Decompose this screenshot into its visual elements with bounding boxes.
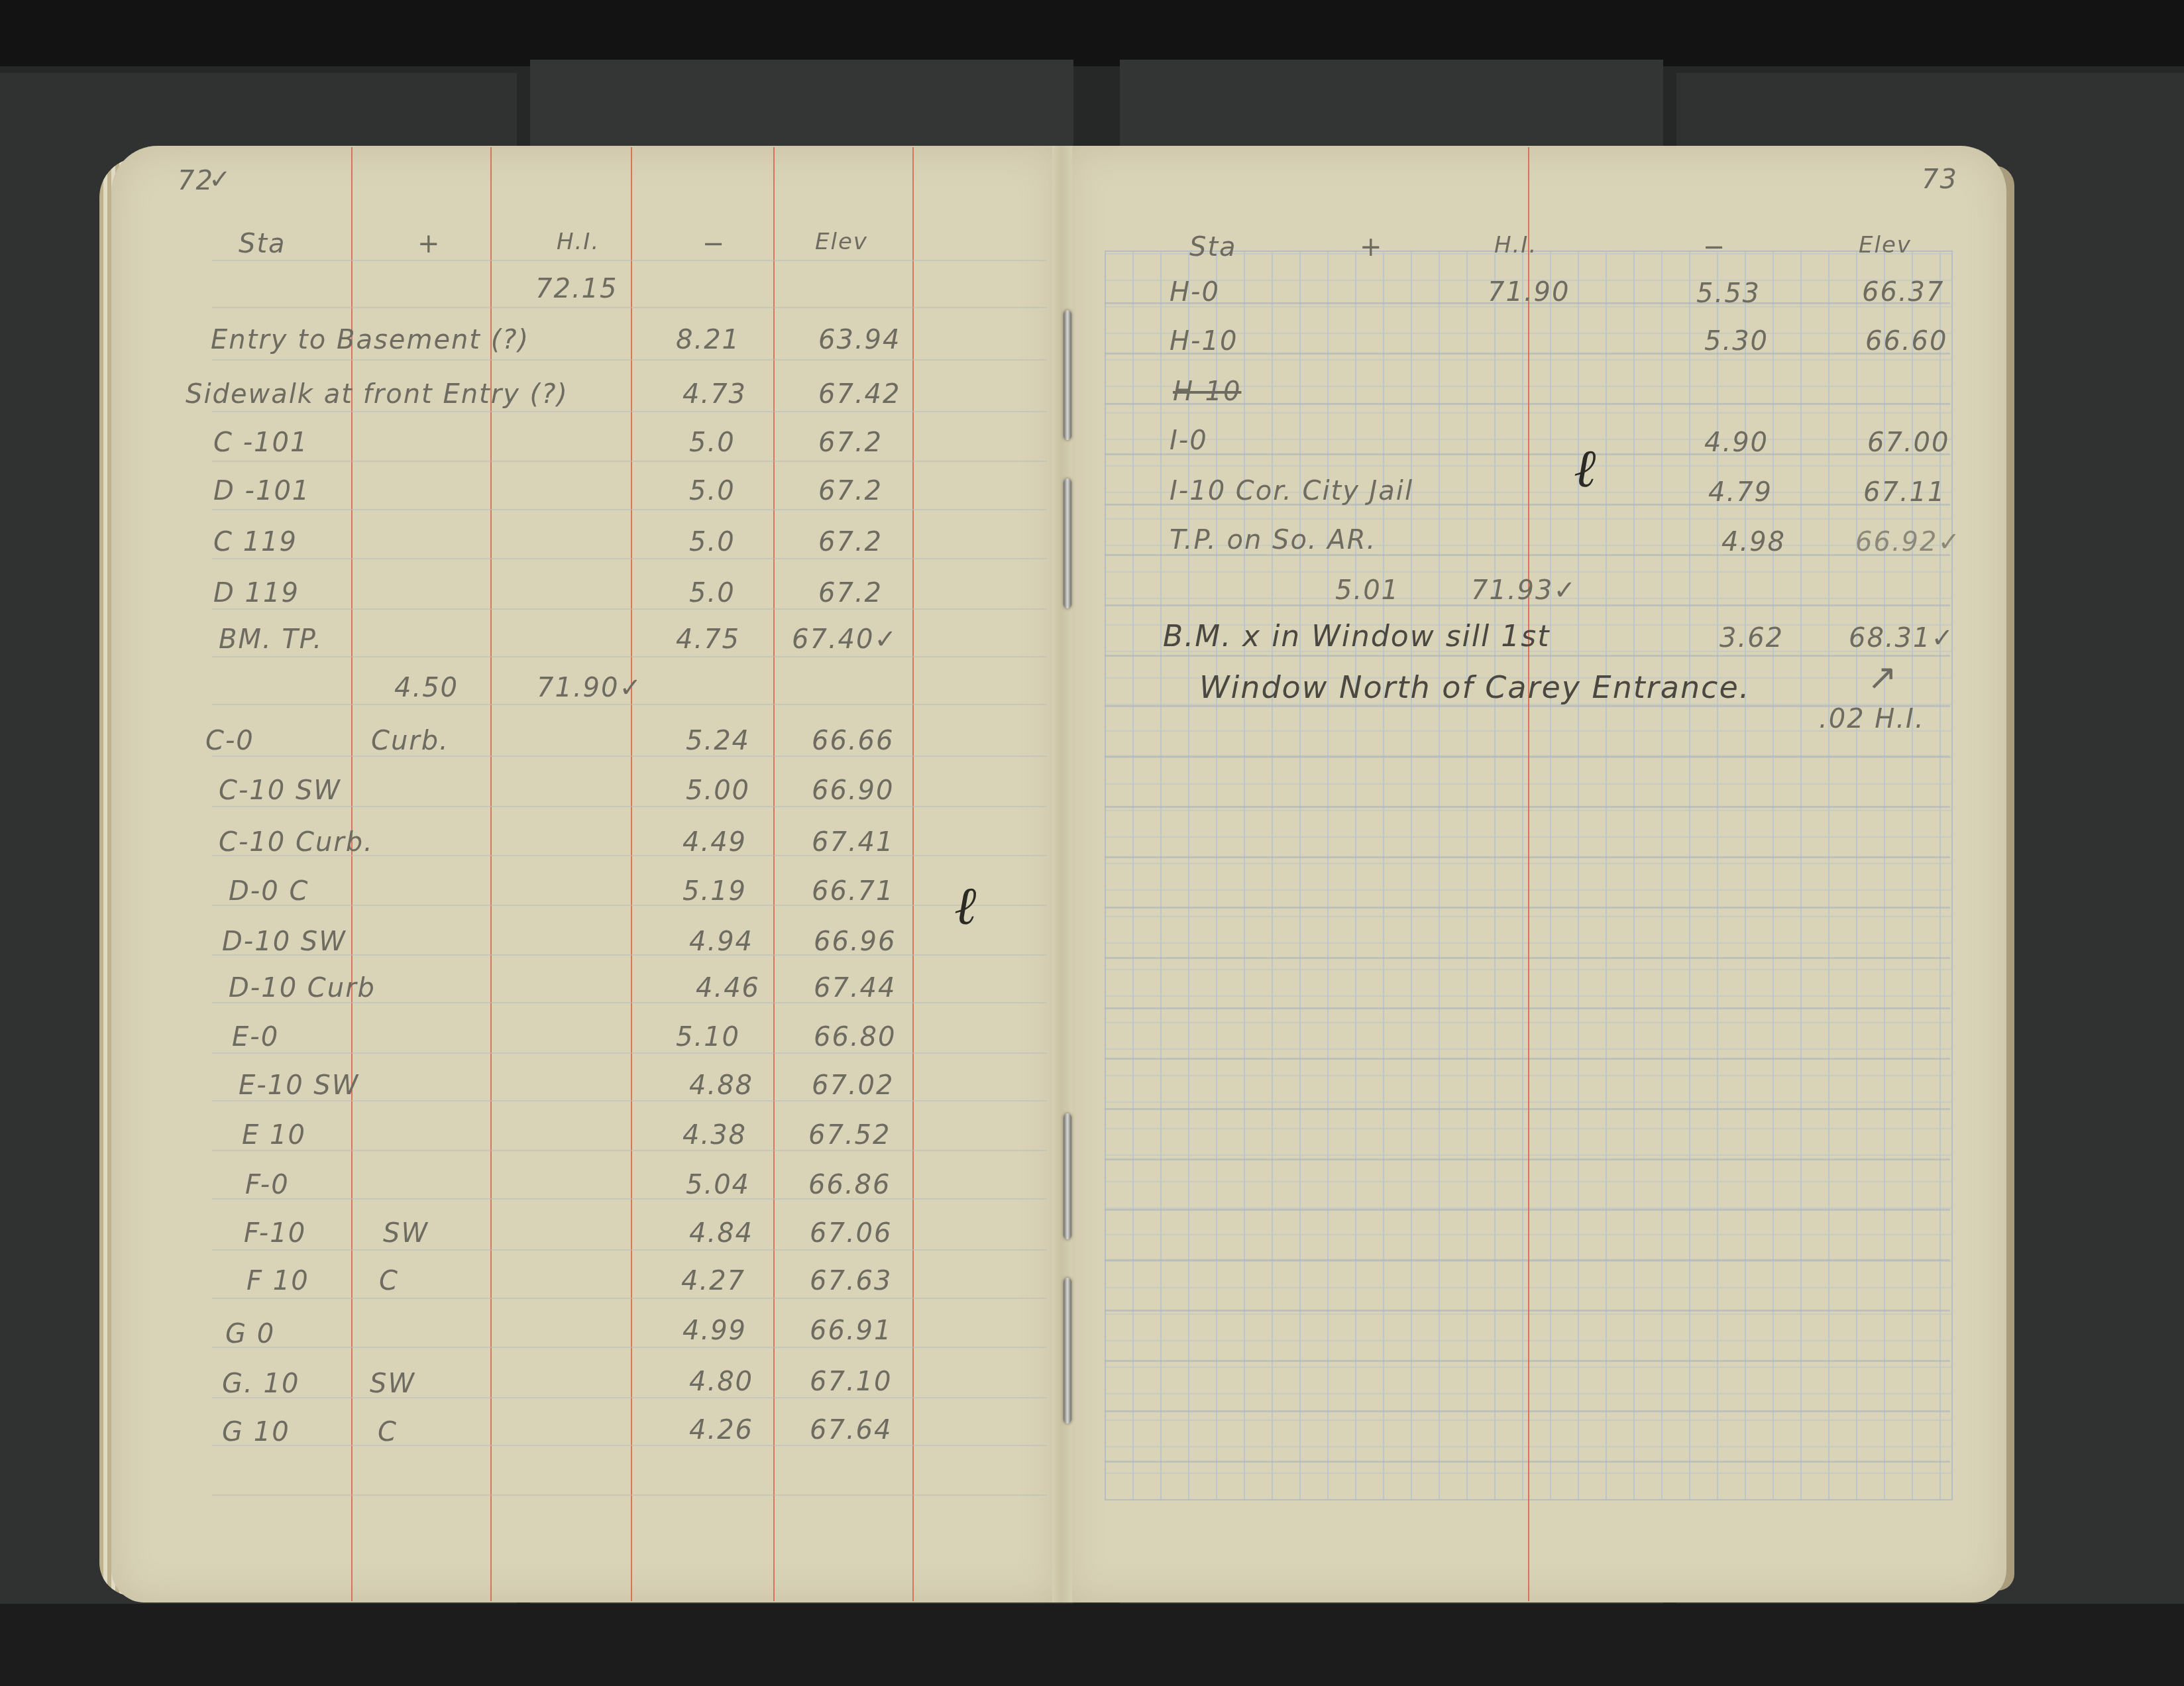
row-minus: 5.0 [689,527,736,557]
row-minus: 4.80 [689,1367,753,1397]
row-minus: 3.62 [1720,623,1784,653]
row-hi: 71.90 [1488,277,1570,308]
row-sta: G. 10 [222,1369,300,1399]
row-elev: 66.66 [812,726,895,756]
row-elev: 66.37 [1862,277,1945,308]
row-elev: 67.06 [810,1218,893,1249]
initial-hi: 72.15 [535,274,618,304]
row-elev: 66.80 [814,1022,897,1052]
column-rule [490,147,492,1601]
row-elev: 67.2 [818,427,883,458]
row-sta: D-0 C [229,876,309,907]
row-elev: 67.52 [808,1120,891,1151]
checkmark-icon: ✓ [209,164,233,195]
row-elev: 66.60 [1865,326,1948,357]
row-minus: 4.88 [689,1070,753,1101]
row-minus: 5.0 [689,476,736,506]
row-plus: SW [370,1369,415,1399]
row-sta: C-10 SW [219,775,341,806]
header-plus: + [417,229,441,259]
row-elev: 66.96 [814,927,897,957]
row-elev: 67.63 [810,1266,893,1296]
row-sta: B.M. x in Window sill 1st [1163,620,1550,653]
row-elev: 66.92✓ [1855,527,1961,557]
column-rule [351,147,353,1601]
row-elev: 67.41 [812,827,895,858]
arrow-icon: ↗ [1867,656,1898,698]
row-elev: 66.71 [812,876,895,907]
row-sta: C-0 [205,726,254,756]
row-elev: 67.64 [810,1415,893,1445]
row-sta: Sidewalk at front Entry (?) [186,379,569,410]
row-minus: 5.53 [1696,278,1761,309]
header-minus: − [1703,232,1727,262]
row-elev: 67.10 [810,1367,893,1397]
row-sta: D -101 [213,476,310,506]
staple [1064,478,1071,608]
row-sta: T.P. on So. AR. [1170,525,1376,555]
row-minus: 5.0 [689,427,736,458]
column-rule [631,147,632,1601]
row-sta: H-0 [1170,277,1220,308]
row-hi: 71.90✓ [537,673,643,703]
row-sta: H-10 [1170,326,1238,357]
row-elev: 67.11 [1863,477,1946,508]
row-minus: 8.21 [676,325,740,355]
row-elev: 67.00 [1867,427,1950,458]
row-sta: F-10 [244,1218,306,1249]
row-plus: SW [383,1218,429,1249]
row-sta: Entry to Basement (?) [211,325,529,355]
row-minus: 5.30 [1704,326,1769,357]
row-sta: E-0 [232,1022,279,1052]
row-sta: G 0 [225,1319,275,1349]
background-bottom [0,1604,2184,1686]
header-minus: − [702,229,726,259]
row-minus: 5.24 [686,726,750,756]
staple [1064,310,1071,440]
page-number-right: 73 [1922,164,1958,195]
staple [1064,1113,1071,1239]
row-minus: 4.46 [696,973,760,1003]
row-minus: 4.79 [1708,477,1773,508]
row-plus: C [379,1266,399,1296]
header-sta: Sta [239,229,286,259]
background-shadow [0,0,2184,66]
header-elev: Elev [815,229,868,255]
row-elev: 67.44 [814,973,897,1003]
row-elev: 67.2 [818,527,883,557]
column-rule [1528,147,1529,1601]
row-sta: D 119 [213,578,300,608]
row-sta-struck: H-10 [1173,376,1241,407]
row-elev: 67.42 [818,379,901,410]
row-minus: 5.04 [686,1170,750,1200]
row-elev: 67.40✓ [792,624,898,655]
row-sta: E 10 [242,1120,306,1151]
row-sta: C -101 [213,427,308,458]
column-rule [912,147,914,1601]
column-rule [773,147,775,1601]
staple [1064,1278,1071,1424]
row-sta: I-10 Cor. City Jail [1170,476,1413,506]
header-hi: H.I. [1494,232,1537,258]
row-elev: 66.86 [808,1170,891,1200]
header-plus: + [1360,232,1384,262]
row-minus: 4.73 [682,379,747,410]
row-minus: 4.49 [682,827,747,858]
row-hi: 71.93✓ [1471,575,1577,606]
benchmark-note: Window North of Carey Entrance. [1199,669,1750,705]
row-minus: 5.0 [689,578,736,608]
row-minus: 4.84 [689,1218,753,1249]
row-minus: 4.90 [1704,427,1769,458]
row-sta: BM. TP. [219,624,323,655]
row-plus: C [378,1417,398,1447]
row-sta: F 10 [246,1266,309,1296]
row-minus: 4.38 [682,1120,747,1151]
header-hi: H.I. [557,229,600,255]
row-sta: F-0 [245,1170,290,1200]
row-plus: Curb. [371,726,449,756]
centerline-mark: ℓ [954,875,977,937]
row-sta: E-10 SW [239,1070,359,1101]
row-sta: D-10 SW [222,927,347,957]
header-sta: Sta [1189,232,1237,262]
row-elev: 67.2 [818,476,883,506]
row-elev: 68.31✓ [1849,623,1955,653]
row-minus: 5.19 [682,876,747,907]
row-minus: 5.00 [686,775,750,806]
hi-correction-annotation: .02 H.I. [1819,704,1925,734]
header-elev: Elev [1859,232,1912,258]
row-sta: D-10 Curb [229,973,376,1003]
row-sta: C 119 [213,527,298,557]
row-minus: 4.75 [676,624,740,655]
row-plus: 4.50 [394,673,459,703]
row-minus: 5.10 [676,1022,740,1052]
row-elev: 66.91 [810,1316,893,1346]
row-minus: 4.27 [681,1266,745,1296]
row-elev: 66.90 [812,775,895,806]
row-sta: C-10 Curb. [219,827,374,858]
row-elev: 67.2 [818,578,883,608]
centerline-mark: ℓ [1574,437,1597,500]
row-sta: G 10 [222,1417,290,1447]
row-elev: 67.02 [812,1070,895,1101]
row-minus: 4.99 [682,1316,747,1346]
row-minus: 4.94 [689,927,753,957]
row-plus: 5.01 [1335,575,1399,606]
row-minus: 4.98 [1721,527,1786,557]
row-elev: 63.94 [818,325,901,355]
row-sta: I-0 [1170,425,1208,456]
row-minus: 4.26 [689,1415,753,1445]
